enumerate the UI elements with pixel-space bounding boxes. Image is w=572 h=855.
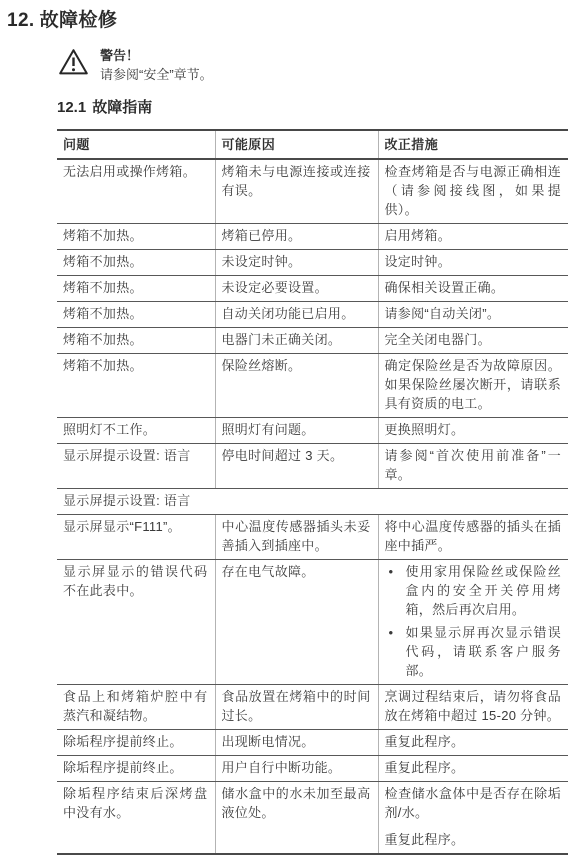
section-heading: 12.1故障指南 <box>57 99 572 117</box>
cell-paragraph: 烤箱不加热。 <box>63 278 208 297</box>
cell-paragraph: 重复此程序。 <box>385 830 562 849</box>
chapter-heading: 12.故障检修 <box>7 9 572 32</box>
table-row: 烤箱不加热。烤箱已停用。启用烤箱。 <box>57 224 568 250</box>
table-row: 显示屏显示的错误代码不在此表中。存在电气故障。•使用家用保险丝或保险丝盒内的安全… <box>57 560 568 685</box>
chapter-number: 12. <box>7 10 35 31</box>
table-cell: 未设定必要设置。 <box>215 276 378 302</box>
table-cell: 未设定时钟。 <box>215 250 378 276</box>
column-header: 问题 <box>57 130 215 159</box>
cell-paragraph: 确定保险丝是否为故障原因。如果保险丝屡次断开，请联系具有资质的电工。 <box>385 356 562 413</box>
cell-paragraph: 更换照明灯。 <box>385 420 562 439</box>
cell-paragraph: 除垢程序提前终止。 <box>63 758 208 777</box>
table-header: 问题可能原因改正措施 <box>57 130 568 159</box>
cell-paragraph: 重复此程序。 <box>385 732 562 751</box>
table-cell: 用户自行中断功能。 <box>215 756 378 782</box>
cell-paragraph: 电器门未正确关闭。 <box>222 330 371 349</box>
table-cell: 烹调过程结束后，请勿将食品放在烤箱中超过 15-20 分钟。 <box>378 685 568 730</box>
cell-paragraph: 烤箱不加热。 <box>63 356 208 375</box>
table-cell: 确定保险丝是否为故障原因。如果保险丝屡次断开，请联系具有资质的电工。 <box>378 354 568 418</box>
table-cell: 设定时钟。 <box>378 250 568 276</box>
cell-paragraph: 存在电气故障。 <box>222 562 371 581</box>
warning-triangle-icon <box>58 48 89 81</box>
table-cell: 无法启用或操作烤箱。 <box>57 159 215 224</box>
cell-paragraph: 将中心温度传感器的插头在插座中插严。 <box>385 517 562 555</box>
table-cell: 食品上和烤箱炉腔中有蒸汽和凝结物。 <box>57 685 215 730</box>
cell-paragraph: 烤箱不加热。 <box>63 252 208 271</box>
column-header: 可能原因 <box>215 130 378 159</box>
table-cell: 完全关闭电器门。 <box>378 328 568 354</box>
table-header-row: 问题可能原因改正措施 <box>57 130 568 159</box>
bullet-text: 如果显示屏再次显示错误代码，请联系客户服务部。 <box>406 623 562 680</box>
manual-page: 12.故障检修 警告！ 请参阅“安全”章节。 12.1故障指南 问题可能原因改正… <box>0 0 572 855</box>
table-cell: 保险丝熔断。 <box>215 354 378 418</box>
cell-paragraph: 除垢程序结束后深烤盘中没有水。 <box>63 784 208 822</box>
table-cell: 除垢程序提前终止。 <box>57 756 215 782</box>
chapter-title: 故障检修 <box>40 10 118 31</box>
table-cell: 出现断电情况。 <box>215 730 378 756</box>
cell-paragraph: 设定时钟。 <box>385 252 562 271</box>
table-cell: 重复此程序。 <box>378 756 568 782</box>
table-cell: 请参阅“自动关闭”。 <box>378 302 568 328</box>
table-cell: 储水盒中的水未加至最高液位处。 <box>215 782 378 855</box>
table-cell: 存在电气故障。 <box>215 560 378 685</box>
table-row: 除垢程序结束后深烤盘中没有水。储水盒中的水未加至最高液位处。检查储水盒体中是否存… <box>57 782 568 855</box>
warning-text-block: 警告！ 请参阅“安全”章节。 <box>100 46 213 84</box>
table-cell: 自动关闭功能已启用。 <box>215 302 378 328</box>
bullet-text: 使用家用保险丝或保险丝盒内的安全开关停用烤箱，然后再次启用。 <box>406 562 562 619</box>
cell-paragraph: 储水盒中的水未加至最高液位处。 <box>222 784 371 822</box>
table-cell: 电器门未正确关闭。 <box>215 328 378 354</box>
cell-paragraph: 烤箱未与电源连接或连接有误。 <box>222 162 371 200</box>
cell-paragraph: 未设定必要设置。 <box>222 278 371 297</box>
table-row: 显示屏提示设置: 语言停电时间超过 3 天。请参阅“首次使用前准备”一章。 <box>57 444 568 489</box>
table-cell: 请参阅“首次使用前准备”一章。 <box>378 444 568 489</box>
table-cell: 照明灯有问题。 <box>215 418 378 444</box>
cell-paragraph: 食品上和烤箱炉腔中有蒸汽和凝结物。 <box>63 687 208 725</box>
table-cell: 检查储水盒体中是否存在除垢剂/水。重复此程序。 <box>378 782 568 855</box>
table-row: 烤箱不加热。自动关闭功能已启用。请参阅“自动关闭”。 <box>57 302 568 328</box>
table-row: 烤箱不加热。未设定必要设置。确保相关设置正确。 <box>57 276 568 302</box>
cell-paragraph: 烹调过程结束后，请勿将食品放在烤箱中超过 15-20 分钟。 <box>385 687 562 725</box>
cell-paragraph: 照明灯不工作。 <box>63 420 208 439</box>
warning-note: 警告！ 请参阅“安全”章节。 <box>58 46 572 84</box>
cell-paragraph: 请参阅“自动关闭”。 <box>385 304 562 323</box>
section-title: 故障指南 <box>92 99 152 116</box>
table-cell: 烤箱不加热。 <box>57 302 215 328</box>
cell-paragraph: 停电时间超过 3 天。 <box>222 446 371 465</box>
table-cell: 显示屏显示的错误代码不在此表中。 <box>57 560 215 685</box>
table-cell: 除垢程序结束后深烤盘中没有水。 <box>57 782 215 855</box>
table-row: 除垢程序提前终止。用户自行中断功能。重复此程序。 <box>57 756 568 782</box>
cell-paragraph: 自动关闭功能已启用。 <box>222 304 371 323</box>
table-cell: 检查烤箱是否与电源正确相连（请参阅接线图，如果提供）。 <box>378 159 568 224</box>
bullet-item: •使用家用保险丝或保险丝盒内的安全开关停用烤箱，然后再次启用。 <box>389 562 562 619</box>
table-cell: 烤箱已停用。 <box>215 224 378 250</box>
table-row: 无法启用或操作烤箱。烤箱未与电源连接或连接有误。检查烤箱是否与电源正确相连（请参… <box>57 159 568 224</box>
bullet-icon: • <box>389 562 406 619</box>
table-row: 烤箱不加热。未设定时钟。设定时钟。 <box>57 250 568 276</box>
bullet-list: •使用家用保险丝或保险丝盒内的安全开关停用烤箱，然后再次启用。•如果显示屏再次显… <box>385 562 562 680</box>
table-row: 除垢程序提前终止。出现断电情况。重复此程序。 <box>57 730 568 756</box>
cell-paragraph: 检查烤箱是否与电源正确相连（请参阅接线图，如果提供）。 <box>385 162 562 219</box>
table-body: 无法启用或操作烤箱。烤箱未与电源连接或连接有误。检查烤箱是否与电源正确相连（请参… <box>57 159 568 854</box>
table-row: 显示屏显示“F111”。中心温度传感器插头未妥善插入到插座中。将中心温度传感器的… <box>57 515 568 560</box>
cell-paragraph: 请参阅“首次使用前准备”一章。 <box>385 446 562 484</box>
troubleshooting-table: 问题可能原因改正措施 无法启用或操作烤箱。烤箱未与电源连接或连接有误。检查烤箱是… <box>57 129 568 855</box>
cell-paragraph: 完全关闭电器门。 <box>385 330 562 349</box>
cell-paragraph: 烤箱不加热。 <box>63 304 208 323</box>
table-cell: 确保相关设置正确。 <box>378 276 568 302</box>
table-cell: 除垢程序提前终止。 <box>57 730 215 756</box>
cell-paragraph: 烤箱不加热。 <box>63 330 208 349</box>
table-cell: 烤箱不加热。 <box>57 224 215 250</box>
cell-paragraph: 除垢程序提前终止。 <box>63 732 208 751</box>
cell-paragraph: 重复此程序。 <box>385 758 562 777</box>
cell-paragraph: 无法启用或操作烤箱。 <box>63 162 208 181</box>
table-cell: 显示屏显示“F111”。 <box>57 515 215 560</box>
table-cell: 烤箱不加热。 <box>57 250 215 276</box>
cell-paragraph: 照明灯有问题。 <box>222 420 371 439</box>
table-cell: •使用家用保险丝或保险丝盒内的安全开关停用烤箱，然后再次启用。•如果显示屏再次显… <box>378 560 568 685</box>
cell-paragraph: 显示屏提示设置: 语言 <box>63 491 561 510</box>
cell-paragraph: 未设定时钟。 <box>222 252 371 271</box>
warning-label: 警告！ <box>100 46 213 65</box>
bullet-icon: • <box>389 623 406 680</box>
cell-paragraph: 检查储水盒体中是否存在除垢剂/水。 <box>385 784 562 822</box>
table-cell: 照明灯不工作。 <box>57 418 215 444</box>
cell-paragraph: 烤箱不加热。 <box>63 226 208 245</box>
table-cell: 烤箱未与电源连接或连接有误。 <box>215 159 378 224</box>
table-row: 照明灯不工作。照明灯有问题。更换照明灯。 <box>57 418 568 444</box>
cell-paragraph: 烤箱已停用。 <box>222 226 371 245</box>
table-cell: 显示屏提示设置: 语言 <box>57 444 215 489</box>
table-cell: 启用烤箱。 <box>378 224 568 250</box>
table-cell: 停电时间超过 3 天。 <box>215 444 378 489</box>
warning-body: 请参阅“安全”章节。 <box>100 65 213 84</box>
bullet-item: •如果显示屏再次显示错误代码，请联系客户服务部。 <box>389 623 562 680</box>
table-cell: 重复此程序。 <box>378 730 568 756</box>
table-row: 烤箱不加热。保险丝熔断。确定保险丝是否为故障原因。如果保险丝屡次断开，请联系具有… <box>57 354 568 418</box>
cell-paragraph: 食品放置在烤箱中的时间过长。 <box>222 687 371 725</box>
table-row: 食品上和烤箱炉腔中有蒸汽和凝结物。食品放置在烤箱中的时间过长。烹调过程结束后，请… <box>57 685 568 730</box>
cell-paragraph: 出现断电情况。 <box>222 732 371 751</box>
cell-paragraph: 启用烤箱。 <box>385 226 562 245</box>
table-cell: 中心温度传感器插头未妥善插入到插座中。 <box>215 515 378 560</box>
cell-paragraph: 显示屏显示“F111”。 <box>63 517 208 536</box>
cell-paragraph: 显示屏提示设置: 语言 <box>63 446 208 465</box>
cell-paragraph: 确保相关设置正确。 <box>385 278 562 297</box>
table-cell: 更换照明灯。 <box>378 418 568 444</box>
cell-paragraph: 显示屏显示的错误代码不在此表中。 <box>63 562 208 600</box>
cell-paragraph: 保险丝熔断。 <box>222 356 371 375</box>
table-cell: 烤箱不加热。 <box>57 354 215 418</box>
table-cell: 显示屏提示设置: 语言 <box>57 489 568 515</box>
cell-paragraph: 中心温度传感器插头未妥善插入到插座中。 <box>222 517 371 555</box>
table-cell: 烤箱不加热。 <box>57 328 215 354</box>
section-number: 12.1 <box>57 99 86 116</box>
table-cell: 将中心温度传感器的插头在插座中插严。 <box>378 515 568 560</box>
table-row: 烤箱不加热。电器门未正确关闭。完全关闭电器门。 <box>57 328 568 354</box>
column-header: 改正措施 <box>378 130 568 159</box>
table-cell: 食品放置在烤箱中的时间过长。 <box>215 685 378 730</box>
table-cell: 烤箱不加热。 <box>57 276 215 302</box>
table-row: 显示屏提示设置: 语言 <box>57 489 568 515</box>
cell-paragraph: 用户自行中断功能。 <box>222 758 371 777</box>
